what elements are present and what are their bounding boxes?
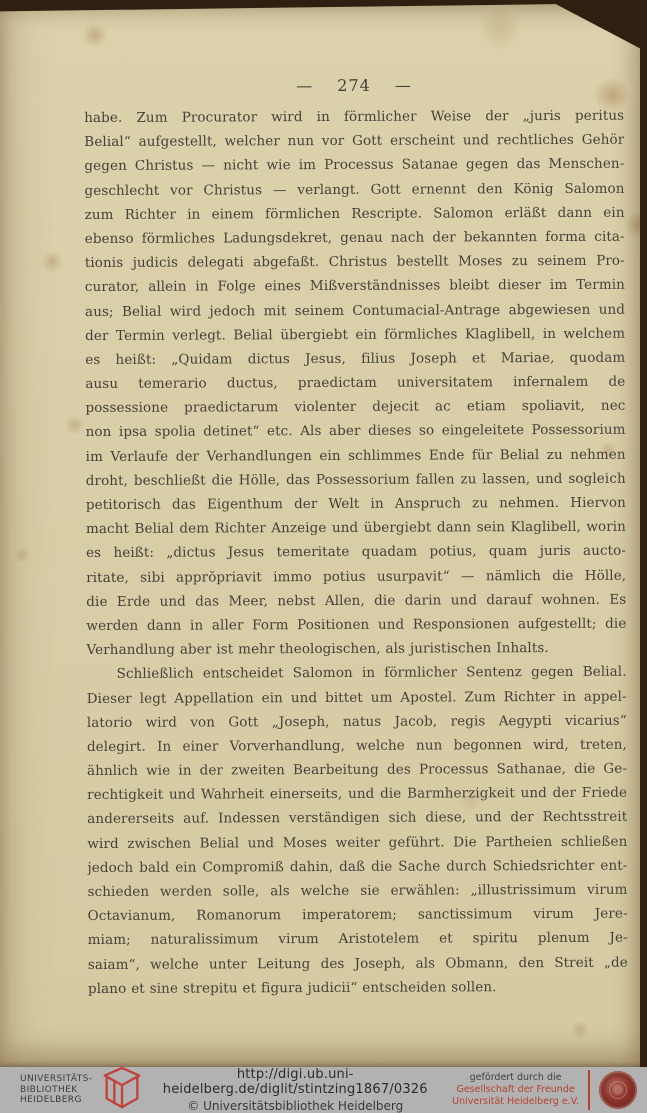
text-line: Octavianum, Romanorum imperatorem; sanct… [88,902,628,929]
viewer-footer: UNIVERSITÄTS- BIBLIOTHEK HEIDELBERG http… [0,1067,647,1113]
text-line: saiam“, welche unter Leitung des Joseph,… [88,950,628,977]
text-line: ausu temerario ductus, praedictam univer… [85,370,625,397]
text-line: plano et sine strepitu et figura judicii… [88,974,628,1001]
text-line: curator, allein in Folge eines Mißverstä… [85,273,625,300]
text-line: macht Belial dem Richter Anzeige und übe… [86,515,626,542]
footer-divider [588,1070,590,1110]
page-number-value: 274 [337,76,371,95]
text-line: die Erde und das Meer, nebst Allen, die … [86,587,626,614]
text-line: habe. Zum Procurator wird in förmlicher … [84,104,624,131]
text-line: es heißt: „Quidam dictus Jesus, filius J… [85,346,625,373]
book-page-scan: — 274 — habe. Zum Procurator wird in för… [0,0,647,1067]
text-line: droht, beschließt die Hölle, das Possess… [86,466,626,493]
text-line: ähnlich wie in der zweiten Bearbeitung d… [87,757,627,784]
text-line: aus; Belial wird jedoch mit seinem Contu… [85,297,625,324]
page-number-dash-right: — [395,76,412,95]
text-line: Verhandlung aber ist mehr theologischen,… [86,636,626,663]
text-line: andererseits auf. Indessen verständigen … [87,805,627,832]
text-line: Dieser legt Appellation ein und bittet u… [87,684,627,711]
text-line: latorio wird von Gott „Joseph, natus Jac… [87,708,627,735]
paragraph-2: Schließlich entscheidet Salomon in förml… [87,660,628,1001]
university-seal-icon [599,1071,637,1109]
text-line: tionis judicis delegati abgefaßt. Christ… [85,249,625,276]
funding-society: Gesellschaft der Freunde [452,1084,579,1096]
library-name-line2: BIBLIOTHEK [20,1085,92,1096]
page-text: habe. Zum Procurator wird in förmlicher … [84,104,628,1001]
text-line: im Verlaufe der Verhandlungen ein schlim… [86,442,626,469]
library-name: UNIVERSITÄTS- BIBLIOTHEK HEIDELBERG [20,1074,92,1106]
text-line: werden dann in aller Form Positionen und… [86,612,626,639]
text-line: petitorisch das Eigenthum der Welt in An… [86,491,626,518]
text-line: jedoch bald ein Compromiß dahin, daß die… [87,853,627,880]
text-line: possessione praedictarum violenter dejec… [85,394,625,421]
text-line: delegirt. In einer Vorverhandlung, welch… [87,733,627,760]
text-line: geschlecht vor Christus — verlangt. Gott… [84,176,624,203]
funding-prefix: gefördert durch die [452,1072,579,1084]
text-line: wird zwischen Belial und Moses weiter ge… [87,829,627,856]
page-content: — 274 — habe. Zum Procurator wird in för… [0,75,647,1002]
copyright-note: © Universitätsbibliothek Heidelberg [142,1099,448,1113]
library-books-logo-icon [98,1066,146,1113]
library-name-line3: HEIDELBERG [20,1095,92,1106]
funding-credit: gefördert durch die Gesellschaft der Fre… [452,1072,579,1108]
source-url: http://digi.ub.uni-heidelberg.de/diglit/… [142,1067,448,1097]
text-line: gegen Christus — nicht wie im Processus … [84,152,624,179]
text-line: rechtigkeit und Wahrheit einerseits, und… [87,781,627,808]
text-line: Schließlich entscheidet Salomon in förml… [87,660,627,687]
text-line: Belial“ aufgestellt, welcher nun vor Got… [84,128,624,155]
paragraph-1: habe. Zum Procurator wird in förmlicher … [84,104,626,663]
scan-edge-right [640,40,647,1067]
text-line: der Termin verlegt. Belial übergiebt ein… [85,321,625,348]
text-line: schieden werden solle, als welche sie er… [88,878,628,905]
library-name-line1: UNIVERSITÄTS- [20,1074,92,1085]
source-url-block: http://digi.ub.uni-heidelberg.de/diglit/… [142,1067,448,1113]
page-number: — 274 — [84,75,624,96]
text-line: zum Richter in einem förmlichen Rescript… [85,200,625,227]
funding-university: Universität Heidelberg e.V. [452,1096,579,1108]
page-number-dash-left: — [296,76,313,95]
text-line: ritate, sibi apprŏpriavit immo potius us… [86,563,626,590]
text-line: es heißt: „dictus Jesus temeritate quada… [86,539,626,566]
text-line: miam; naturalissimum virum Aristotelem e… [88,926,628,953]
text-line: ebenso förmliches Ladungsdekret, genau n… [85,225,625,252]
text-line: non ipsa spolia detinet“ etc. Als aber d… [86,418,626,445]
